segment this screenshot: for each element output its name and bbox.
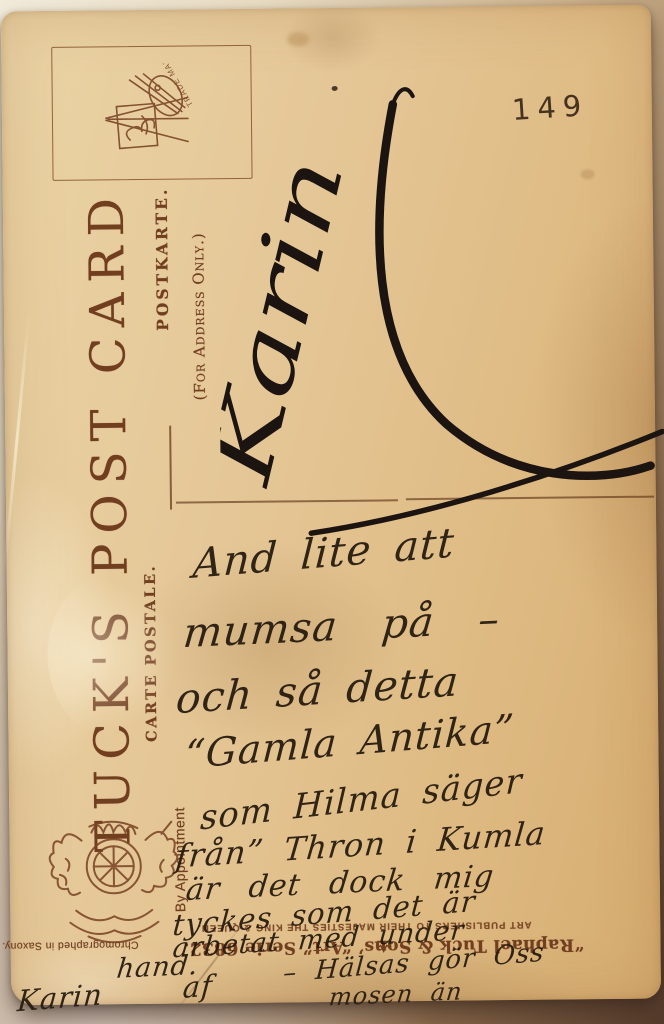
handwriting-line: Karin af (16, 968, 214, 1018)
postcard-back: TRADE MARK TUCK'S POST CARD POSTKARTE. (… (1, 5, 661, 1006)
publishers-imprint: ART PUBLISHERS TO THEIR MAJESTIES THE KI… (148, 918, 580, 934)
paper-crease (3, 312, 30, 571)
brand-title: TUCK'S POST CARD (72, 196, 149, 853)
stain-spot (287, 32, 309, 46)
for-address-only-label: (For Address Only.) (183, 211, 215, 421)
handwriting-line: tyckes som det är (171, 884, 477, 943)
paper-crease (47, 570, 189, 741)
handwriting-line: “Gamla Antika” (184, 706, 516, 778)
handwriting-line: mosen än (328, 977, 465, 1011)
address-divider-line (169, 426, 172, 510)
signature-name: Karin (216, 148, 363, 495)
handwriting-line: är det dock mig (184, 859, 496, 908)
signature-karin: Karin (216, 50, 664, 557)
handwriting-line: mumsa på – (181, 595, 502, 658)
postkarte-label: POSTKARTE. (147, 184, 179, 334)
handwriting-line: som Hilma säger (199, 761, 523, 839)
chromographed-imprint: Chromographed in Saxony. (15, 937, 139, 952)
signature-flourish (307, 87, 664, 534)
handwriting-line: från” Thron i Kumla (174, 814, 547, 876)
series-imprint-text: “Raphael Tuck & Sons’ “Art” Serie 6832. (183, 934, 584, 958)
tuck-trademark-icon: TRADE MARK (87, 63, 208, 164)
handwriting-line: och så detta (174, 657, 461, 723)
